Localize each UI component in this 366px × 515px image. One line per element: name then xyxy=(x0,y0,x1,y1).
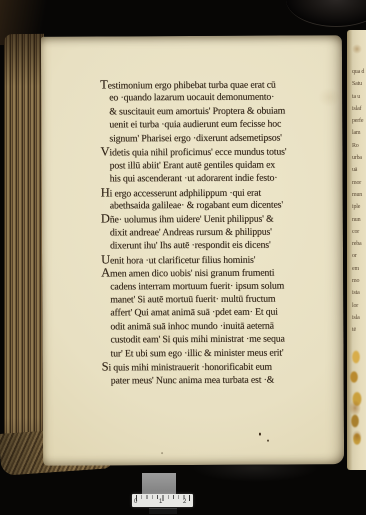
facing-text-fragment: cor xyxy=(352,226,366,238)
book-clamp-object xyxy=(286,0,366,27)
manuscript-line: Videtis quia nihil proficimus' ecce mund… xyxy=(100,144,345,159)
manuscript-line: Si quis mihi ministrauerit ·honorificabi… xyxy=(102,359,347,374)
facing-text-fragment: reba xyxy=(352,238,366,250)
manuscript-line: signum' Pharisei ergo ·dixerunt adsemeti… xyxy=(109,131,345,146)
facing-text-fragment: urba xyxy=(352,152,366,164)
manuscript-line: abethsaida galileae· & rogabant eum dice… xyxy=(110,198,346,213)
facing-text-fragment: Ro xyxy=(352,140,366,152)
facing-text-fragment: ista xyxy=(352,287,366,299)
facing-text-fragment: isla xyxy=(352,312,366,324)
manuscript-line: Uenit hora ·ut clarificetur filius homin… xyxy=(101,252,346,267)
facing-text-fragment: islaf xyxy=(352,103,366,115)
manuscript-line: Hi ergo accesserunt adphilippum ·qui era… xyxy=(101,185,346,200)
facing-text-fragment: uā xyxy=(352,164,366,176)
cm-ruler-scale: 0 1 2 xyxy=(132,494,193,507)
ink-spot xyxy=(267,440,269,442)
manuscript-photo: Testimonium ergo phibebat turba quae era… xyxy=(0,0,366,515)
parchment-stain xyxy=(349,400,361,416)
facing-text-fragment: qua d xyxy=(352,66,366,78)
facing-text-fragment: or xyxy=(352,250,366,262)
facing-text-fragment: mo xyxy=(352,275,366,287)
facing-text-fragment: Satu xyxy=(352,78,366,90)
facing-text-fragment: em xyxy=(352,263,366,275)
manuscript-line: affert' Qui amat animā suā ·pdet eam· Et… xyxy=(110,306,346,321)
manuscript-line: Dñe· uolumus ihm uidere' Uenit philippus… xyxy=(101,212,346,227)
facing-text-fragment: tē xyxy=(352,324,366,336)
facing-text-fragment: ta u xyxy=(352,91,366,103)
facing-text-fragment: mun xyxy=(352,189,366,201)
manuscript-line: dixerunt ihu' Ihs autē ·respondit eis di… xyxy=(110,238,346,253)
manuscript-line: odit animā suā inhoc mundo ·inuitā aeter… xyxy=(110,319,346,334)
manuscript-line: cadens interram mortuum fuerit· ipsum so… xyxy=(110,279,346,294)
facing-text-fragment: perfe xyxy=(352,115,366,127)
ruler-number: 0 xyxy=(134,499,137,505)
facing-text-fragment: iple xyxy=(352,201,366,213)
ruler-label-tag xyxy=(149,508,177,514)
manuscript-line: post illū abiit' Erant autē gentiles qui… xyxy=(110,158,346,173)
parchment-stain xyxy=(352,430,362,442)
manuscript-line: eo ·quando lazarum uocauit demonumento· xyxy=(109,91,345,106)
ruler-numbers: 0 1 2 xyxy=(132,499,193,507)
manuscript-line: pater meus' Nunc anima mea turbata est ·… xyxy=(111,373,347,388)
facing-text-column: qua d Satu ta u islaf perfe lam Ro urba … xyxy=(352,66,366,337)
manuscript-page: Testimonium ergo phibebat turba quae era… xyxy=(41,35,344,466)
facing-text-fragment: mor xyxy=(352,177,366,189)
parchment-stain xyxy=(352,44,362,54)
manuscript-line: & suscitauit eum amortuis' Proptera & ob… xyxy=(109,104,345,119)
manuscript-line: dixit andreae' Andreas rursum & philippu… xyxy=(110,225,346,240)
facing-text-fragment: lor xyxy=(352,300,366,312)
fore-edge-page-stack xyxy=(4,34,44,471)
manuscript-line: Amen amen dico uobis' nisi granum frumen… xyxy=(101,265,346,280)
manuscript-line: manet' Si autē mortuū fuerit· multū fruc… xyxy=(110,292,346,307)
manuscript-line: uenit ei turba ·quia audierunt eum fecis… xyxy=(109,118,345,133)
ruler-number: 1 xyxy=(159,499,162,505)
manuscript-line: custodit eam' Si quis mihi ministrat ·me… xyxy=(110,333,346,348)
ink-spot xyxy=(259,433,261,436)
text-block: Testimonium ergo phibebat turba quae era… xyxy=(109,77,347,387)
manuscript-line: tur' Et ubi sum ego ·illic & minister me… xyxy=(111,346,347,361)
facing-text-fragment: nun xyxy=(352,214,366,226)
manuscript-line: Testimonium ergo phibebat turba quae era… xyxy=(100,77,345,92)
manuscript-line: his qui ascenderant ·ut adorarent indie … xyxy=(110,171,346,186)
ruler-number: 2 xyxy=(183,499,186,505)
facing-text-fragment: lam xyxy=(352,127,366,139)
ink-spot xyxy=(161,452,163,454)
